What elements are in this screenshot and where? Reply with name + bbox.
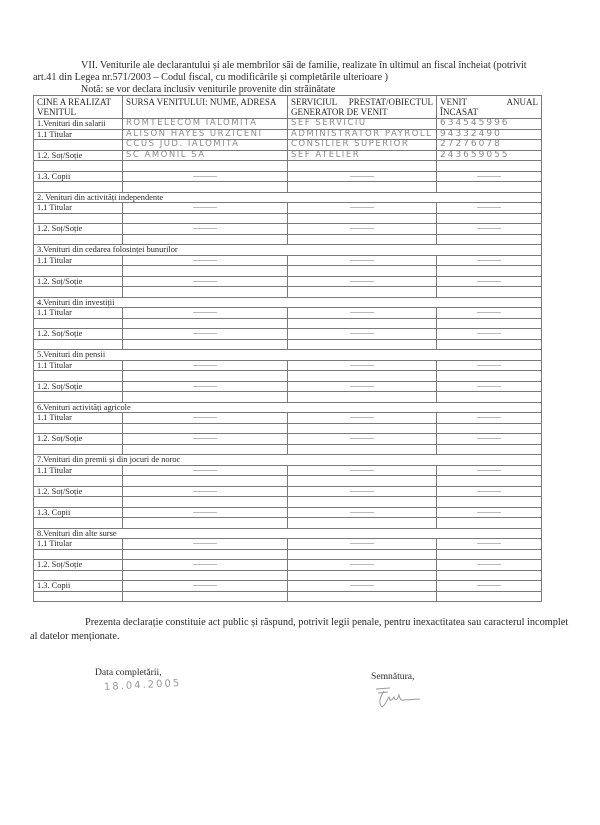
section-title: 6.Venituri activități agricole: [34, 402, 542, 413]
table-row: 1.1 Titular: [34, 203, 542, 214]
intro-paragraph: VII. Veniturile ale declarantului și ale…: [33, 60, 543, 84]
date-value: 18.04.2005: [104, 678, 182, 693]
dash-mark: [350, 438, 374, 439]
dash-mark: [477, 470, 501, 471]
dash-mark: [193, 438, 217, 439]
dash-mark: [193, 386, 217, 387]
who-cell: 1.2. Soț/Soție: [34, 276, 123, 287]
table-row: 1.1 Titular: [34, 465, 542, 476]
section-title: 2. Venituri din activități independente: [34, 192, 542, 203]
section-row: 2. Venituri din activități independente: [34, 192, 542, 203]
table-row: [34, 161, 542, 172]
dash-mark: [350, 260, 374, 261]
who-cell: 1.3. Copii: [34, 171, 123, 182]
dash-mark: [350, 585, 374, 586]
header-source: SURSA VENITULUI: NUME, ADRESA: [123, 96, 288, 119]
dash-mark: [477, 312, 501, 313]
who-cell: 1.2. Soț/Soție: [34, 224, 123, 235]
who-cell: 1.1 Titular: [34, 413, 123, 424]
dash-mark: [350, 386, 374, 387]
who-cell: 1.2. Soț/Soție: [34, 560, 123, 571]
who-cell: 1.3. Copii: [34, 507, 123, 518]
dash-mark: [350, 512, 374, 513]
section-row: 5.Venituri din pensii: [34, 350, 542, 361]
table-row: 1.1 Titular: [34, 308, 542, 319]
intro-note: Notă: se vor declara inclusiv veniturile…: [81, 84, 335, 95]
dash-mark: [477, 438, 501, 439]
who-cell: [34, 140, 123, 151]
table-row: 1.2. Soț/Soție: [34, 486, 542, 497]
date-label: Data completării,: [95, 667, 162, 678]
dash-mark: [350, 333, 374, 334]
signature-mark: [372, 683, 432, 716]
dash-mark: [350, 365, 374, 366]
section-row: 6.Venituri activități agricole: [34, 402, 542, 413]
source-cell: ALISON HAYES URZICENI: [123, 129, 288, 140]
who-cell: 1.1 Titular: [34, 255, 123, 266]
dash-mark: [193, 176, 217, 177]
dash-mark: [477, 417, 501, 418]
section-title: 4.Venituri din investiții: [34, 297, 542, 308]
dash-mark: [477, 512, 501, 513]
table-row: 1.2. Soț/Soție: [34, 434, 542, 445]
source-cell: ROMTELECOM IALOMITA: [123, 119, 288, 130]
dash-mark: [193, 333, 217, 334]
dash-mark: [350, 564, 374, 565]
dash-mark: [193, 207, 217, 208]
table-row: 1.2. Soț/Soție: [34, 329, 542, 340]
section-row: 7.Venituri din premii și din jocuri de n…: [34, 455, 542, 466]
dash-mark: [350, 207, 374, 208]
table-row: 1.Venituri din salarii ROMTELECOM IALOMI…: [34, 119, 542, 130]
dash-mark: [193, 260, 217, 261]
header-income: VENITANUAL ÎNCASAT: [437, 96, 542, 119]
table-row: 1.3. Copii: [34, 581, 542, 592]
section-title: 1.Venituri din salarii: [34, 119, 123, 130]
who-cell: 1.1 Titular: [34, 129, 123, 140]
dash-mark: [477, 365, 501, 366]
dash-mark: [477, 176, 501, 177]
dash-mark: [477, 491, 501, 492]
section-title: 3.Venituri din cedarea folosinței bunuri…: [34, 245, 542, 256]
table-row: CCUS JUD. IALOMITA CONSILIER SUPERIOR 27…: [34, 140, 542, 151]
section-title: 8.Venituri din alte surse: [34, 528, 542, 539]
who-cell: 1.2. Soț/Soție: [34, 486, 123, 497]
dash-mark: [477, 543, 501, 544]
who-cell: 1.1 Titular: [34, 539, 123, 550]
dash-mark: [350, 543, 374, 544]
dash-mark: [193, 417, 217, 418]
dash-mark: [350, 228, 374, 229]
dash-mark: [193, 281, 217, 282]
table-row: [34, 182, 542, 193]
table-row: 1.2. Soț/Soție: [34, 381, 542, 392]
dash-mark: [350, 470, 374, 471]
section-row: 3.Venituri din cedarea folosinței bunuri…: [34, 245, 542, 256]
dash-mark: [350, 491, 374, 492]
income-cell: 27276078: [437, 140, 542, 151]
who-cell: 1.2. Soț/Soție: [34, 150, 123, 161]
dash-mark: [350, 417, 374, 418]
table-row: 1.1 Titular ALISON HAYES URZICENI ADMINI…: [34, 129, 542, 140]
who-cell: 1.2. Soț/Soție: [34, 434, 123, 445]
who-cell: 1.1 Titular: [34, 203, 123, 214]
source-cell: SC AMONIL SA: [123, 150, 288, 161]
dash-mark: [477, 386, 501, 387]
income-cell: 94332490: [437, 129, 542, 140]
section-row: 8.Venituri din alte surse: [34, 528, 542, 539]
who-cell: 1.1 Titular: [34, 308, 123, 319]
income-table: CINE A REALIZAT VENITUL SURSA VENITULUI:…: [33, 95, 542, 602]
table-row: 1.2. Soț/Soție SC AMONIL SA SEF ATELIER …: [34, 150, 542, 161]
dash-mark: [350, 312, 374, 313]
table-header-row: CINE A REALIZAT VENITUL SURSA VENITULUI:…: [34, 96, 542, 119]
dash-mark: [193, 365, 217, 366]
header-service: SERVICIULPRESTAT/OBIECTUL GENERATOR DE V…: [288, 96, 437, 119]
who-cell: 1.2. Soț/Soție: [34, 381, 123, 392]
section-title: 7.Venituri din premii și din jocuri de n…: [34, 455, 542, 466]
header-who: CINE A REALIZAT VENITUL: [34, 96, 123, 119]
who-cell: 1.2. Soț/Soție: [34, 329, 123, 340]
service-cell: ADMINISTRATOR PAYROLL: [288, 129, 437, 140]
table-row: 1.1 Titular: [34, 539, 542, 550]
section-title: 5.Venituri din pensii: [34, 350, 542, 361]
income-cell: 243659055: [437, 150, 542, 161]
who-cell: 1.1 Titular: [34, 360, 123, 371]
dash-mark: [193, 543, 217, 544]
section-row: 4.Venituri din investiții: [34, 297, 542, 308]
who-cell: 1.3. Copii: [34, 581, 123, 592]
dash-mark: [193, 228, 217, 229]
dash-mark: [193, 585, 217, 586]
dash-mark: [193, 564, 217, 565]
table-row: 1.1 Titular: [34, 413, 542, 424]
dash-mark: [193, 312, 217, 313]
dash-mark: [477, 260, 501, 261]
dash-mark: [477, 228, 501, 229]
who-cell: 1.1 Titular: [34, 465, 123, 476]
table-row: 1.3. Copii: [34, 171, 542, 182]
source-cell: CCUS JUD. IALOMITA: [123, 140, 288, 151]
table-row: 1.1 Titular: [34, 255, 542, 266]
declaration-text: Prezenta declarație constituie act publi…: [30, 616, 575, 644]
dash-mark: [350, 281, 374, 282]
table-row: 1.2. Soț/Soție: [34, 224, 542, 235]
table-row: 1.1 Titular: [34, 360, 542, 371]
dash-mark: [193, 491, 217, 492]
dash-mark: [477, 207, 501, 208]
dash-mark: [477, 281, 501, 282]
table-row: 1.2. Soț/Soție: [34, 560, 542, 571]
service-cell: CONSILIER SUPERIOR: [288, 140, 437, 151]
service-cell: SEF SERVICIU: [288, 119, 437, 130]
dash-mark: [350, 176, 374, 177]
dash-mark: [477, 333, 501, 334]
dash-mark: [477, 564, 501, 565]
income-cell: 634545996: [437, 119, 542, 130]
dash-mark: [193, 512, 217, 513]
dash-mark: [193, 470, 217, 471]
signature-label: Semnătura,: [371, 671, 414, 682]
table-row: 1.2. Soț/Soție: [34, 276, 542, 287]
dash-mark: [477, 585, 501, 586]
service-cell: SEF ATELIER: [288, 150, 437, 161]
table-row: 1.3. Copii: [34, 507, 542, 518]
